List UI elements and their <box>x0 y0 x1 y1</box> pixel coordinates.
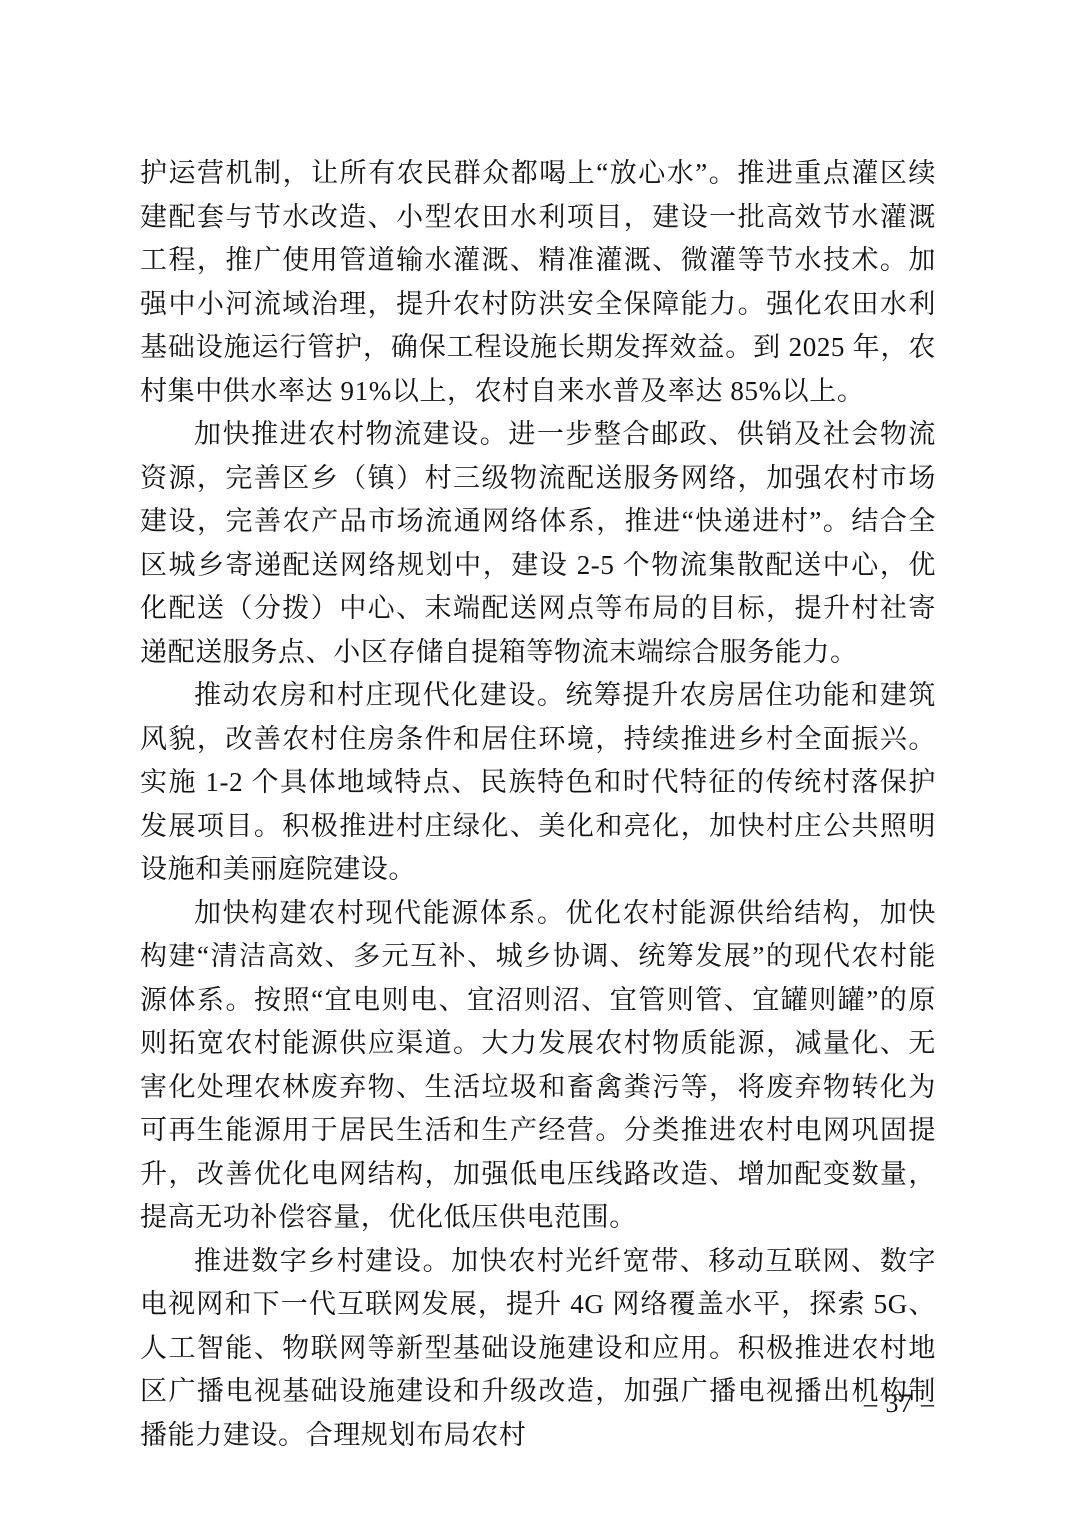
paragraph-water-supply-continuation: 护运营机制，让所有农民群众都喝上“放心水”。推进重点灌区续建配套与节水改造、小型… <box>140 152 936 413</box>
paragraph-digital-village: 推进数字乡村建设。加快农村光纤宽带、移动互联网、数字电视网和下一代互联网发展，提… <box>140 1240 936 1458</box>
paragraph-rural-logistics: 加快推进农村物流建设。进一步整合邮政、供销及社会物流资源，完善区乡（镇）村三级物… <box>140 413 936 674</box>
paragraph-rural-energy-system: 加快构建农村现代能源体系。优化农村能源供给结构，加快构建“清洁高效、多元互补、城… <box>140 892 936 1240</box>
page-number: – 37 – <box>864 1388 935 1420</box>
document-body: 护运营机制，让所有农民群众都喝上“放心水”。推进重点灌区续建配套与节水改造、小型… <box>140 152 936 1457</box>
paragraph-housing-modernization: 推动农房和村庄现代化建设。统筹提升农房居住功能和建筑风貌，改善农村住房条件和居住… <box>140 674 936 892</box>
document-page: 护运营机制，让所有农民群众都喝上“放心水”。推进重点灌区续建配套与节水改造、小型… <box>0 0 1074 1520</box>
